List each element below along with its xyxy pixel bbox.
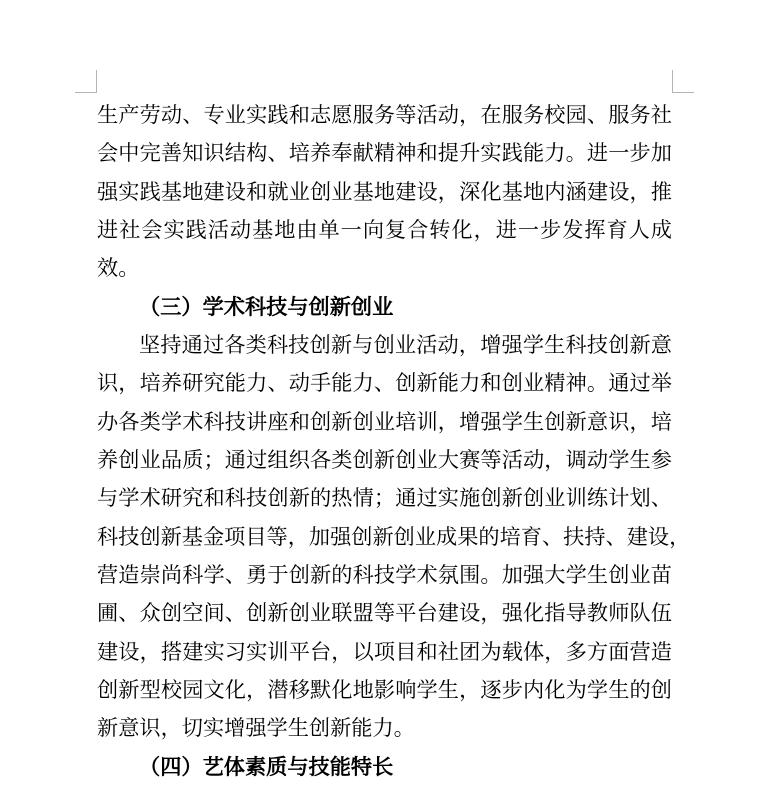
- document-page: 生产劳动、专业实践和志愿服务等活动，在服务校园、服务社会中完善知识结构、培养奉献…: [0, 0, 777, 795]
- text-line: 与学术研究和科技创新的热情；通过实施创新创业训练计划、: [97, 479, 672, 517]
- text-line: 强实践基地建设和就业创业基地建设，深化基地内涵建设，推: [97, 173, 672, 211]
- text-line: 营造崇尚科学、勇于创新的科技学术氛围。加强大学生创业苗: [97, 556, 672, 594]
- text-line: 建设，搭建实习实训平台，以项目和社团为载体，多方面营造: [97, 633, 672, 671]
- section-heading: （三）学术科技与创新创业: [97, 288, 672, 326]
- text-boundary-corner-top-left: [75, 70, 97, 93]
- text-line: 办各类学术科技讲座和创新创业培训，增强学生创新意识，培: [97, 403, 672, 441]
- text-line: 效。: [97, 249, 672, 287]
- text-line: 科技创新基金项目等，加强创新创业成果的培育、扶持、建设，: [97, 518, 672, 556]
- section-heading: （四）艺体素质与技能特长: [97, 748, 672, 786]
- heading-line: （三）学术科技与创新创业: [97, 288, 672, 326]
- text-line: 识，培养研究能力、动手能力、创新能力和创业精神。通过举: [97, 364, 672, 402]
- body-paragraph: 坚持通过各类科技创新与创业活动，增强学生科技创新意识，培养研究能力、动手能力、创…: [97, 326, 672, 748]
- document-text-area[interactable]: 生产劳动、专业实践和志愿服务等活动，在服务校园、服务社会中完善知识结构、培养奉献…: [97, 96, 672, 786]
- text-line: 养创业品质；通过组织各类创新创业大赛等活动，调动学生参: [97, 441, 672, 479]
- text-line: 创新型校园文化，潜移默化地影响学生，逐步内化为学生的创: [97, 671, 672, 709]
- heading-line: （四）艺体素质与技能特长: [97, 748, 672, 786]
- text-boundary-corner-top-right: [672, 70, 694, 93]
- text-line: 圃、众创空间、创新创业联盟等平台建设，强化指导教师队伍: [97, 594, 672, 632]
- text-line: 坚持通过各类科技创新与创业活动，增强学生科技创新意: [97, 326, 672, 364]
- text-line: 新意识，切实增强学生创新能力。: [97, 709, 672, 747]
- text-line: 会中完善知识结构、培养奉献精神和提升实践能力。进一步加: [97, 134, 672, 172]
- text-line: 进社会实践活动基地由单一向复合转化，进一步发挥育人成: [97, 211, 672, 249]
- text-line: 生产劳动、专业实践和志愿服务等活动，在服务校园、服务社: [97, 96, 672, 134]
- body-paragraph: 生产劳动、专业实践和志愿服务等活动，在服务校园、服务社会中完善知识结构、培养奉献…: [97, 96, 672, 288]
